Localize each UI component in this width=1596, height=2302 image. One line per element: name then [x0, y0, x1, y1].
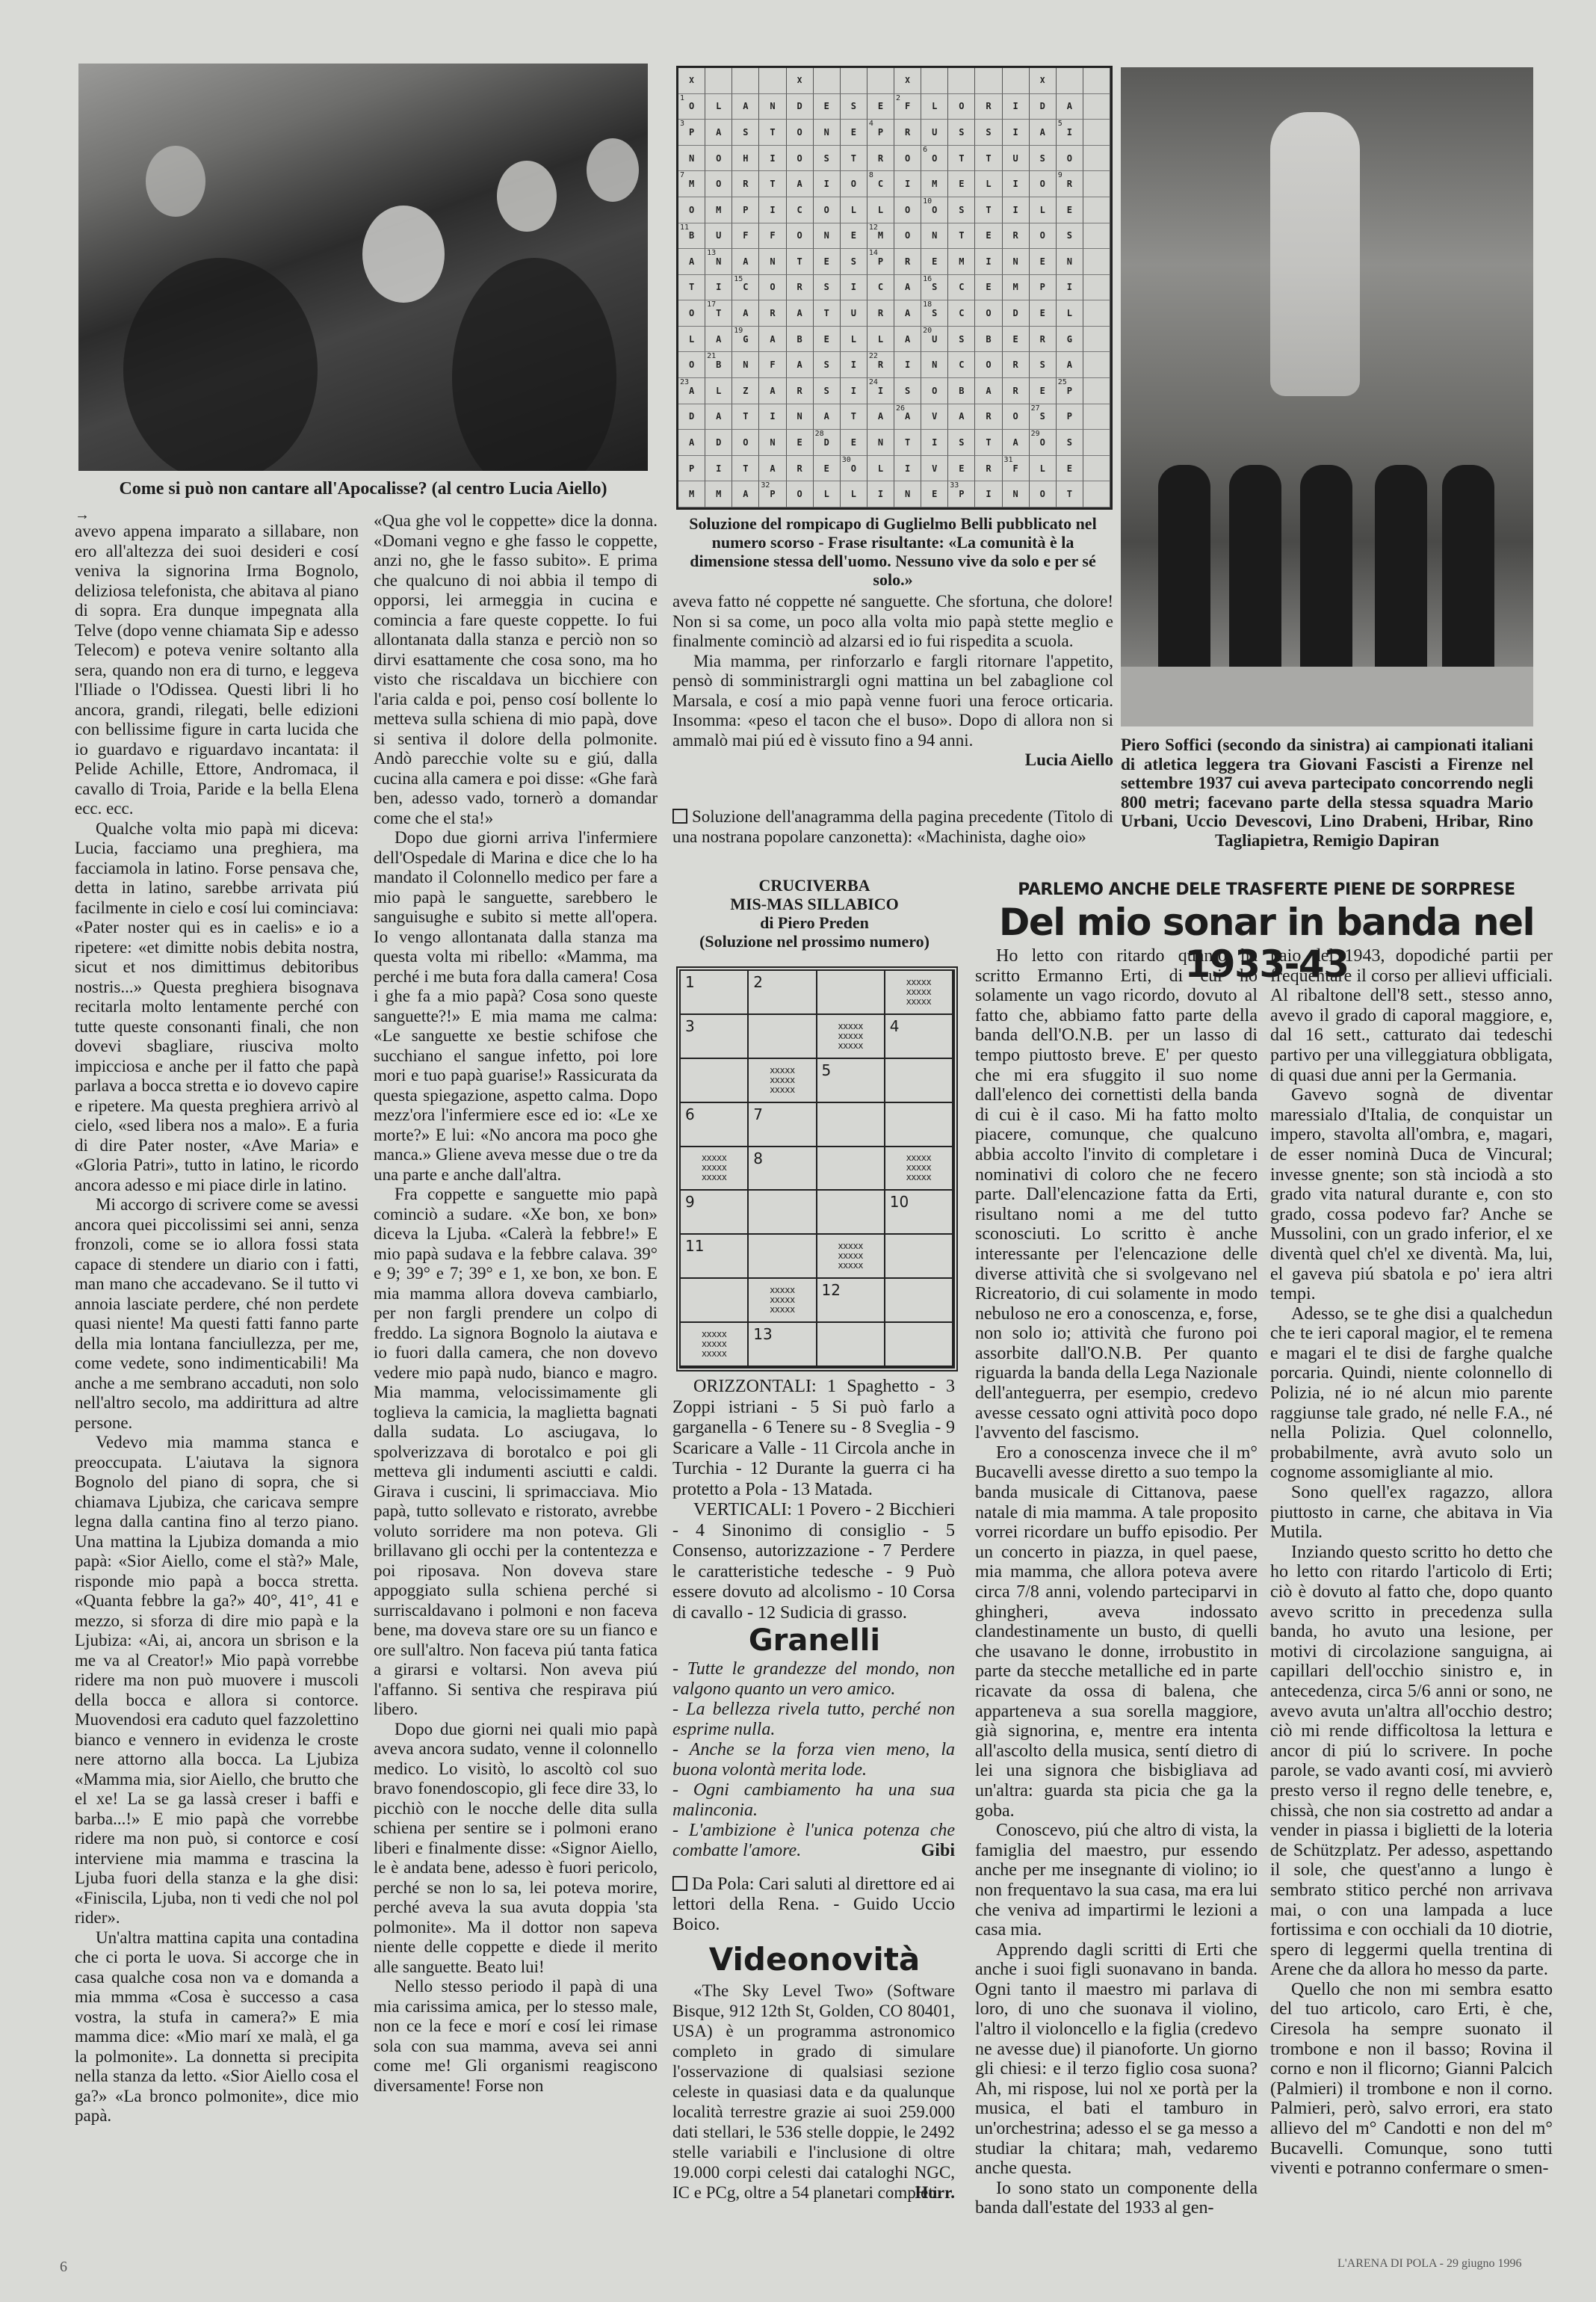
grid-cell: R	[787, 378, 814, 404]
grid-cell: N	[1057, 249, 1083, 275]
grid-cell: N	[1003, 481, 1030, 507]
grid-cell: N	[894, 481, 921, 507]
grid-cell: O	[894, 146, 921, 172]
grid-cell: D	[1003, 300, 1030, 327]
cruciverba-author: di Piero Preden	[672, 913, 956, 932]
grid-cell: I	[1003, 171, 1030, 197]
grid-cell: L	[1030, 456, 1057, 482]
paragraph: Nello stesso periodo il papà di una mia …	[374, 1977, 658, 2096]
paragraph: Quello che non mi sembra esatto del tuo …	[1270, 1980, 1553, 2179]
grid-cell: I	[867, 481, 894, 507]
grid-cell	[1083, 352, 1110, 378]
grid-header-mark: X	[1030, 68, 1057, 94]
grid-cell: E	[1003, 327, 1030, 353]
banda-column-2: naio del 1943, dopodiché partii per freq…	[1270, 946, 1553, 2179]
grid-cell: N	[1003, 249, 1030, 275]
cruciverba-subtitle: MIS-MAS SILLABICO	[672, 895, 956, 913]
grid-cell: 19G	[732, 327, 759, 353]
grid-cell: 17T	[705, 300, 732, 327]
grid-cell: N	[921, 352, 948, 378]
grid-header-mark: X	[894, 68, 921, 94]
grid-cell: T	[759, 120, 786, 146]
grid-cell: 15C	[732, 275, 759, 301]
paragraph: Ho letto con ritardo quanto ha scritto E…	[975, 946, 1258, 1443]
grid-cell	[885, 1235, 953, 1279]
grid-cell: 21B	[705, 352, 732, 378]
grid-cell: B	[787, 327, 814, 353]
grid-cell: I	[921, 430, 948, 456]
grid-cell: T	[975, 146, 1002, 172]
grid-cell	[1083, 223, 1110, 250]
black-square: xxxxx xxxxx xxxxx	[681, 1147, 749, 1191]
grid-cell: O	[1030, 481, 1057, 507]
grid-cell: U	[921, 120, 948, 146]
grid-cell	[885, 1323, 953, 1367]
grid-cell: 24I	[867, 378, 894, 404]
grid-cell: S	[948, 327, 975, 353]
grid-cell: E	[1030, 249, 1057, 275]
grid-cell: D	[705, 430, 732, 456]
grid-cell: N	[814, 223, 841, 250]
grid-cell: 3	[681, 1015, 749, 1059]
grid-cell: S	[1030, 352, 1057, 378]
grid-cell	[681, 1279, 749, 1323]
grid-header-mark	[867, 68, 894, 94]
grid-cell: U	[705, 223, 732, 250]
grid-cell: A	[732, 300, 759, 327]
grid-cell: I	[1003, 94, 1030, 120]
grid-cell: A	[705, 404, 732, 431]
grid-cell: L	[841, 481, 867, 507]
granello-item: - Anche se la forza vien meno, la buona …	[672, 1740, 955, 1780]
grid-cell: O	[948, 94, 975, 120]
grid-cell: A	[1057, 94, 1083, 120]
grid-cell: S	[814, 378, 841, 404]
grid-cell: G	[1057, 327, 1083, 353]
grid-cell	[1083, 94, 1110, 120]
grid-cell: N	[732, 352, 759, 378]
grid-cell: O	[787, 481, 814, 507]
grid-cell: L	[841, 327, 867, 353]
black-square: xxxxx xxxxx xxxxx	[749, 1059, 817, 1103]
grid-cell: E	[814, 94, 841, 120]
grid-cell: O	[975, 300, 1002, 327]
grid-cell: I	[894, 171, 921, 197]
grid-cell: R	[759, 300, 786, 327]
grid-cell: O	[678, 352, 705, 378]
grid-cell: L	[705, 378, 732, 404]
grid-cell: M	[705, 481, 732, 507]
grid-cell	[1083, 171, 1110, 197]
grid-cell: A	[759, 378, 786, 404]
grid-cell: 26A	[894, 404, 921, 431]
grid-cell	[1083, 275, 1110, 301]
grid-cell: T	[1057, 481, 1083, 507]
grid-cell: 1O	[678, 94, 705, 120]
grid-cell: A	[759, 456, 786, 482]
banda-column-1: Ho letto con ritardo quanto ha scritto E…	[975, 946, 1258, 2218]
grid-cell: O	[1057, 146, 1083, 172]
grid-cell: L	[975, 171, 1002, 197]
grid-cell: S	[841, 249, 867, 275]
grid-cell: 1	[681, 971, 749, 1015]
grid-cell: R	[975, 94, 1002, 120]
article-kicker: PARLEMO ANCHE DELE TRASFERTE PIENE DE SO…	[971, 880, 1562, 900]
grid-cell: U	[841, 300, 867, 327]
grid-cell: R	[894, 120, 921, 146]
grid-cell: T	[841, 146, 867, 172]
grid-cell: 20U	[921, 327, 948, 353]
grid-cell: D	[787, 94, 814, 120]
grid-cell: P	[678, 456, 705, 482]
grid-cell: R	[1003, 378, 1030, 404]
photo-choir-singing	[78, 64, 648, 471]
grid-cell: E	[814, 456, 841, 482]
grid-cell: M	[678, 481, 705, 507]
grid-cell: O	[678, 197, 705, 223]
grid-cell: R	[1030, 327, 1057, 353]
grid-cell	[885, 1279, 953, 1323]
grid-cell: I	[705, 275, 732, 301]
grid-cell: 27S	[1030, 404, 1057, 431]
grid-cell: L	[867, 197, 894, 223]
grid-cell: T	[732, 456, 759, 482]
grid-cell: 13N	[705, 249, 732, 275]
grid-cell: 5I	[1057, 120, 1083, 146]
grid-cell: 25P	[1057, 378, 1083, 404]
grid-cell: R	[867, 146, 894, 172]
grid-cell: R	[787, 456, 814, 482]
left-photo-caption: Come si può non cantare all'Apocalisse? …	[78, 478, 648, 500]
grid-cell: 10O	[921, 197, 948, 223]
grid-cell: 12M	[867, 223, 894, 250]
grid-cell	[1083, 456, 1110, 482]
grid-cell: 22R	[867, 352, 894, 378]
grid-cell: S	[1057, 223, 1083, 250]
grid-cell: O	[705, 171, 732, 197]
grid-cell: I	[759, 146, 786, 172]
grid-cell: 7M	[678, 171, 705, 197]
grid-cell: 6O	[921, 146, 948, 172]
granello-item: - Ogni cambiamento ha una sua malinconia…	[672, 1780, 955, 1821]
paragraph: Inziando questo scritto ho detto che ho …	[1270, 1543, 1553, 1980]
grid-cell: C	[948, 352, 975, 378]
grid-cell: O	[975, 352, 1002, 378]
cruciverba-title: CRUCIVERBA	[672, 876, 956, 895]
grid-cell	[817, 1323, 885, 1367]
black-square: xxxxx xxxxx xxxxx	[749, 1279, 817, 1323]
grid-cell: S	[948, 120, 975, 146]
grid-cell: A	[787, 352, 814, 378]
grid-cell	[1083, 197, 1110, 223]
grid-cell: B	[975, 327, 1002, 353]
grid-cell	[885, 1059, 953, 1103]
grid-cell: S	[948, 430, 975, 456]
grid-cell: O	[814, 197, 841, 223]
paragraph: Sono quell'ex ragazzo, allora piuttosto …	[1270, 1483, 1553, 1543]
grid-cell: A	[867, 404, 894, 431]
grid-cell	[817, 971, 885, 1015]
grid-cell: 8C	[867, 171, 894, 197]
grid-header-mark	[841, 68, 867, 94]
square-bullet-icon	[672, 1876, 687, 1891]
grid-cell: C	[867, 275, 894, 301]
grid-cell: T	[948, 146, 975, 172]
paragraph: «Qua ghe vol le coppette» dice la donna.…	[374, 511, 658, 828]
grid-cell: L	[814, 481, 841, 507]
grid-cell	[885, 1103, 953, 1147]
grid-cell: E	[867, 94, 894, 120]
paragraph: Qualche volta mio papà mi diceva: Lucia,…	[75, 819, 359, 1196]
grid-cell: A	[732, 94, 759, 120]
anagramma-text: Soluzione dell'anagramma della pagina pr…	[672, 807, 1113, 846]
grid-cell: 9R	[1057, 171, 1083, 197]
grid-cell	[1083, 378, 1110, 404]
cruciverba-clues: ORIZZONTALI: 1 Spaghetto - 3 Zoppi istri…	[672, 1377, 955, 1623]
clues-down-label: VERTICALI:	[693, 1500, 792, 1519]
rompicapo-caption: Soluzione del rompicapo di Guglielmo Bel…	[672, 514, 1113, 589]
grid-cell: A	[1003, 430, 1030, 456]
paragraph: «The Sky Level Two» (Software Bisque, 91…	[672, 1981, 955, 2203]
grid-cell: 2	[749, 971, 817, 1015]
grid-cell: T	[678, 275, 705, 301]
grid-cell: H	[732, 146, 759, 172]
grid-cell: I	[705, 456, 732, 482]
grid-cell: A	[678, 430, 705, 456]
grid-cell: L	[1057, 300, 1083, 327]
grid-cell: O	[732, 430, 759, 456]
grid-cell: R	[975, 404, 1002, 431]
grid-cell: N	[759, 430, 786, 456]
grid-cell: F	[759, 352, 786, 378]
grid-cell: A	[894, 300, 921, 327]
grid-cell: S	[948, 197, 975, 223]
grid-cell: S	[732, 120, 759, 146]
grid-cell: N	[921, 223, 948, 250]
grid-cell: S	[1030, 146, 1057, 172]
granello-item: - La bellezza rivela tutto, perché non e…	[672, 1700, 955, 1740]
grid-cell: A	[1057, 352, 1083, 378]
grid-cell: V	[921, 456, 948, 482]
grid-cell: V	[921, 404, 948, 431]
square-bullet-icon	[672, 809, 687, 824]
granello-item: - Tutte le grandezze del mondo, non valg…	[672, 1659, 955, 1700]
grid-cell	[817, 1103, 885, 1147]
grid-cell: I	[1057, 275, 1083, 301]
continuation-arrow-icon: →	[75, 508, 359, 522]
grid-header-mark	[732, 68, 759, 94]
grid-cell: F	[759, 223, 786, 250]
grid-cell: 32P	[759, 481, 786, 507]
black-square: xxxxx xxxxx xxxxx	[681, 1323, 749, 1367]
grid-cell: R	[1003, 352, 1030, 378]
grid-cell: O	[1003, 404, 1030, 431]
paragraph: naio del 1943, dopodiché partii per freq…	[1270, 946, 1553, 1085]
grid-cell	[1083, 404, 1110, 431]
grid-header-mark	[1083, 68, 1110, 94]
grid-cell: E	[948, 456, 975, 482]
grid-cell: L	[867, 327, 894, 353]
grid-cell: A	[678, 249, 705, 275]
grid-cell: 6	[681, 1103, 749, 1147]
grid-cell: T	[732, 404, 759, 431]
grid-cell: M	[1003, 275, 1030, 301]
grid-cell: O	[1030, 171, 1057, 197]
grid-header-mark	[921, 68, 948, 94]
grid-cell: 29O	[1030, 430, 1057, 456]
paragraph: Gavevo sognà de diventar maressialo d'It…	[1270, 1085, 1553, 1304]
paragraph: Un'altra mattina capita una contadina ch…	[75, 1928, 359, 2126]
black-square: xxxxx xxxxx xxxxx	[885, 971, 953, 1015]
grid-cell: E	[921, 249, 948, 275]
grid-cell	[1083, 430, 1110, 456]
grid-cell: M	[705, 197, 732, 223]
publication-date: L'ARENA DI POLA - 29 giugno 1996	[1337, 2257, 1521, 2271]
grid-cell: O	[705, 146, 732, 172]
grid-cell: R	[732, 171, 759, 197]
grid-cell: A	[759, 327, 786, 353]
grid-cell: I	[1003, 120, 1030, 146]
photo-athletes-florence	[1121, 67, 1533, 726]
grid-cell: E	[841, 430, 867, 456]
grid-cell: A	[894, 275, 921, 301]
grid-cell: E	[787, 430, 814, 456]
grid-cell	[1083, 249, 1110, 275]
grid-header-mark	[1057, 68, 1083, 94]
grid-cell: I	[841, 352, 867, 378]
grid-cell: P	[1030, 275, 1057, 301]
grid-cell: 11	[681, 1235, 749, 1279]
black-square: xxxxx xxxxx xxxxx	[885, 1147, 953, 1191]
grid-cell: I	[894, 352, 921, 378]
grid-cell: E	[1030, 378, 1057, 404]
grid-cell: O	[1030, 223, 1057, 250]
grid-cell: L	[867, 456, 894, 482]
grid-cell: E	[975, 275, 1002, 301]
paragraph: aveva fatto né coppette né sanguette. Ch…	[672, 592, 1113, 652]
grid-header-mark	[1003, 68, 1030, 94]
paragraph: Conoscevo, piú che altro di vista, la fa…	[975, 1821, 1258, 1940]
granelli-title: Granelli	[672, 1623, 956, 1658]
grid-cell: 8	[749, 1147, 817, 1191]
grid-cell: 12	[817, 1279, 885, 1323]
article-column-3: aveva fatto né coppette né sanguette. Ch…	[672, 592, 1113, 771]
grid-cell: T	[841, 404, 867, 431]
grid-cell: I	[814, 171, 841, 197]
grid-cell: S	[841, 94, 867, 120]
paragraph: Fra coppette e sanguette mio papà cominc…	[374, 1185, 658, 1720]
grid-cell: L	[1030, 197, 1057, 223]
paragraph: Dopo due giorni nei quali mio papà aveva…	[374, 1720, 658, 1978]
grid-cell: Z	[732, 378, 759, 404]
grid-cell: 31F	[1003, 456, 1030, 482]
right-photo-caption: Piero Soffici (secondo da sinistra) ai c…	[1121, 735, 1533, 850]
grid-cell: T	[975, 430, 1002, 456]
grid-header-mark	[948, 68, 975, 94]
grid-header-mark	[759, 68, 786, 94]
grid-cell: O	[759, 275, 786, 301]
grid-cell	[1083, 120, 1110, 146]
grid-cell: E	[1057, 197, 1083, 223]
grid-cell: A	[732, 481, 759, 507]
grid-cell: L	[841, 197, 867, 223]
grid-cell: 30O	[841, 456, 867, 482]
grid-cell: R	[975, 456, 1002, 482]
grid-cell: S	[894, 378, 921, 404]
grid-cell	[817, 1191, 885, 1235]
grid-cell: 3P	[678, 120, 705, 146]
grid-cell: O	[787, 120, 814, 146]
videonovita-title: Videonovità	[672, 1942, 956, 1978]
grid-cell: F	[732, 223, 759, 250]
grid-cell: P	[732, 197, 759, 223]
cruciverba-heading: CRUCIVERBA MIS-MAS SILLABICO di Piero Pr…	[672, 876, 956, 951]
grid-cell: B	[948, 378, 975, 404]
grid-header-mark: X	[678, 68, 705, 94]
grid-cell: E	[1057, 456, 1083, 482]
grid-cell: A	[894, 327, 921, 353]
videonovita-body: «The Sky Level Two» (Software Bisque, 91…	[672, 1981, 955, 2203]
mis-mas-crossword-grid: 12xxxxx xxxxx xxxxx3xxxxx xxxxx xxxxx4xx…	[676, 966, 958, 1371]
grid-cell: 7	[749, 1103, 817, 1147]
grid-cell: T	[948, 223, 975, 250]
grid-cell: S	[814, 352, 841, 378]
grid-header-mark: X	[787, 68, 814, 94]
grid-cell: N	[759, 249, 786, 275]
grid-cell	[749, 1015, 817, 1059]
grid-cell: T	[787, 249, 814, 275]
grid-cell: N	[787, 404, 814, 431]
grid-cell: T	[759, 171, 786, 197]
grid-cell: A	[705, 327, 732, 353]
grid-cell: N	[678, 146, 705, 172]
grid-cell: I	[1003, 197, 1030, 223]
cruciverba-note: (Soluzione nel prossimo numero)	[672, 932, 956, 951]
grid-cell: S	[975, 120, 1002, 146]
grid-cell: C	[948, 275, 975, 301]
grid-cell: T	[975, 197, 1002, 223]
grid-cell: E	[841, 120, 867, 146]
grid-cell	[749, 1191, 817, 1235]
clues-across-label: ORIZZONTALI:	[693, 1377, 817, 1396]
paragraph: Ero a conoscenza invece che il m° Bucave…	[975, 1443, 1258, 1821]
author-signature: Lucia Aiello	[672, 750, 1113, 771]
grid-cell	[1083, 300, 1110, 327]
grid-cell: A	[814, 404, 841, 431]
paragraph: Mi accorgo di scrivere come se avessi an…	[75, 1195, 359, 1433]
grid-cell: E	[948, 171, 975, 197]
grid-cell: I	[759, 197, 786, 223]
black-square: xxxxx xxxxx xxxxx	[817, 1015, 885, 1059]
grid-cell: E	[1030, 300, 1057, 327]
grid-cell: A	[1030, 120, 1057, 146]
article-column-1: → avevo appena imparato a sillabare, non…	[75, 508, 359, 2126]
grid-cell: D	[1030, 94, 1057, 120]
grid-cell: M	[921, 171, 948, 197]
grid-cell: R	[787, 275, 814, 301]
grid-cell: N	[814, 120, 841, 146]
grid-cell: I	[894, 456, 921, 482]
grid-cell: 10	[885, 1191, 953, 1235]
grid-cell	[1083, 327, 1110, 353]
statue-figure	[1270, 112, 1360, 396]
grid-cell: 16S	[921, 275, 948, 301]
grid-cell: 2F	[894, 94, 921, 120]
grid-cell: R	[894, 249, 921, 275]
grid-cell: D	[678, 404, 705, 431]
grid-cell: O	[921, 378, 948, 404]
grid-cell: T	[894, 430, 921, 456]
